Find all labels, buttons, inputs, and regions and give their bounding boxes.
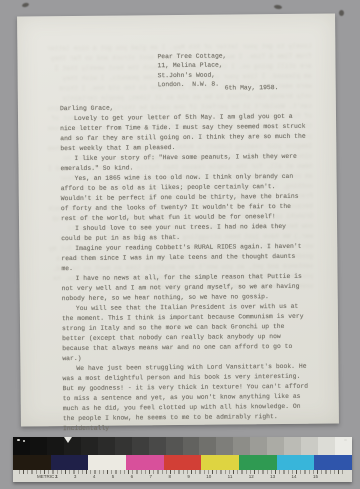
ruler-number: 2 [55,474,58,480]
color-patch [277,455,315,470]
backdrop-smudge [22,2,30,8]
address-line: London. N.W. 8. [158,80,227,90]
grayscale-patch [132,437,149,455]
grayscale-patch [267,437,284,455]
salutation: Darling Grace, [60,105,114,113]
grayscale-patch [115,437,132,455]
letter-paragraph: I should love to see your nut trees. I h… [61,222,308,244]
address-line: 11, Melina Place, [157,61,226,71]
grayscale-patch [250,437,267,455]
ruler-number: 5 [112,474,115,480]
registration-dot [344,439,347,441]
ruler-number: 6 [131,474,134,480]
color-patch [13,455,51,470]
grayscale-patch [81,437,98,455]
color-patch [164,455,202,470]
grayscale-patch [199,437,216,455]
grayscale-patch [284,437,301,455]
color-strip [13,455,352,470]
ruler-numbers: 23456789101112131415 [55,474,318,480]
backdrop-smudge [339,10,344,16]
letter-paragraph: We have just been struggling with Lord V… [62,362,310,434]
ruler-number: 13 [270,474,275,480]
grayscale-patch [30,437,47,455]
grayscale-patch [13,437,30,455]
grayscale-patch [183,437,200,455]
color-patch [239,455,277,470]
grayscale-patch [216,437,233,455]
ruler-number: 11 [228,474,233,480]
letter-paragraph: Yes, an 1865 wine is too old now. I thin… [61,172,308,224]
letter-paragraph: Lovely to get your letter of 5th May. I … [60,112,307,154]
grayscale-patch [149,437,166,455]
grayscale-patch [318,437,335,455]
grayscale-patch [301,437,318,455]
ruler-strip: METRIC 1 23456789101112131415 [13,470,352,482]
letter-page: Lovely to get your letter of 5th May. I … [17,13,339,426]
letter-paragraph: Imagine your reading Cobbett's RURAL RID… [61,242,308,274]
grayscale-patch [47,437,64,455]
letter-body: Lovely to get your letter of 5th May. I … [60,112,310,434]
grayscale-patch [166,437,183,455]
grayscale-patch [98,437,115,455]
color-patch [126,455,164,470]
color-patch [314,455,352,470]
ruler-number: 4 [93,474,96,480]
ruler-number: 9 [187,474,190,480]
registration-triangle-icon [64,437,72,443]
photograph-background: Lovely to get your letter of 5th May. I … [0,0,360,489]
letter-paragraph: I have no news at all, for the simple re… [62,272,309,304]
letter-date: 6th May, 1958. [225,84,279,92]
color-patch [88,455,126,470]
ruler-number: 8 [168,474,171,480]
ruler-number: 12 [249,474,254,480]
ruler-number: 14 [292,474,297,480]
ruler-number: 10 [206,474,211,480]
registration-dot [17,439,20,441]
grayscale-patch [233,437,250,455]
calibration-bar: METRIC 1 23456789101112131415 [13,437,352,482]
letter-paragraph: I like your story of: "Have some peanuts… [60,152,307,174]
registration-dot [23,440,25,442]
ruler-number: 7 [150,474,153,480]
color-patch [201,455,239,470]
color-patch [51,455,89,470]
letter-paragraph: You will see that the Italian President … [62,302,310,364]
backdrop-smudge [274,4,282,9]
ruler-number: 15 [313,474,318,480]
ruler-number: 3 [74,474,77,480]
sender-address: Pear Tree Cottage,11, Melina Place,St.Jo… [157,52,226,90]
